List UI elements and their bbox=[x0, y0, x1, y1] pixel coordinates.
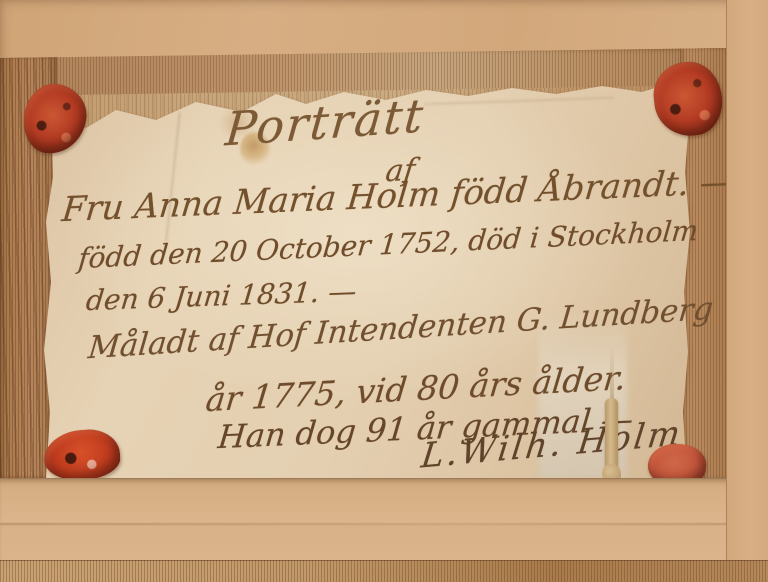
wood-strip-bottom bbox=[0, 560, 768, 582]
cardboard-seam bbox=[0, 523, 768, 525]
photo-frame-back: Porträtt af Fru Anna Maria Holm född Åbr… bbox=[0, 0, 768, 582]
paper-crease bbox=[424, 97, 614, 106]
wax-drip-trail bbox=[610, 346, 614, 402]
wax-drip-stick bbox=[605, 398, 618, 476]
cardboard-border-right bbox=[726, 0, 768, 582]
cardboard-band-bottom bbox=[0, 478, 768, 563]
